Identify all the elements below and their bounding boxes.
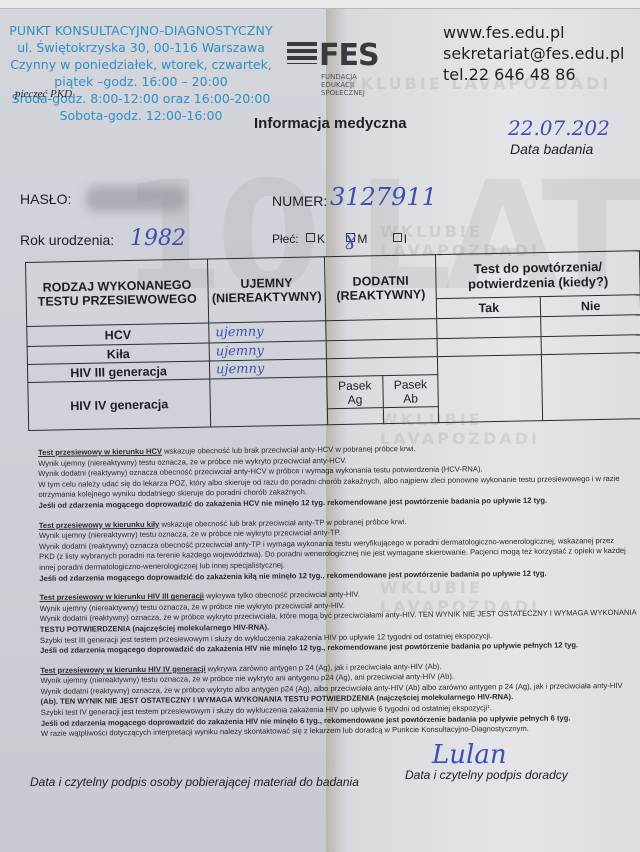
row-negative-value <box>210 377 328 427</box>
fes-logo-subtitle: SPOŁECZNEJ <box>321 89 379 97</box>
website-link[interactable]: www.fes.edu.pl <box>443 22 624 43</box>
results-table: RODZAJ WYKONANEGO TESTU PRZESIEWOWEGO UJ… <box>25 250 640 431</box>
note-hcv: Test przesiewowy w kierunku HCV wskazuje… <box>38 442 639 512</box>
header-negative: UJEMNY (NIEREAKTYWNY) <box>207 257 325 323</box>
checkbox-i[interactable] <box>393 233 402 242</box>
header-repeat-yes: Tak <box>437 297 541 319</box>
row-negative-value: ujemny <box>209 341 326 361</box>
row-positive-cell <box>326 357 438 377</box>
header-positive: DODATNI (REAKTYWNY) <box>324 255 437 321</box>
note-heading: Test przesiewowy w kierunku kiły <box>39 519 160 529</box>
birth-year-value: 1982 <box>130 226 186 251</box>
row-negative-value: ujemny <box>209 321 326 343</box>
row-negative-value: ujemny <box>209 359 326 379</box>
fes-logo: FES FUNDACJA EDUKACJI SPOŁECZNEJ <box>287 38 379 97</box>
fes-logo-subtitle: FUNDACJA <box>321 73 379 81</box>
note-heading: Test przesiewowy w kierunku HCV <box>38 447 162 457</box>
sex-option-k: K <box>317 232 325 246</box>
fes-logo-subtitle: EDUKACJI <box>321 81 379 89</box>
note-line: wykrywa zarówno antygen p 24 (Ag), jak i… <box>206 661 442 672</box>
counselor-signature: Lulan <box>432 740 507 770</box>
row-no-cell <box>541 315 640 337</box>
stamp-line: Czynny w poniedziałek, wtorek, czwartek, <box>0 56 282 73</box>
interpretation-notes: Test przesiewowy w kierunku HCV wskazuje… <box>38 442 640 749</box>
row-positive-cell <box>326 319 438 341</box>
row-no-cell <box>542 353 640 421</box>
top-edge-strip <box>0 0 640 9</box>
strip-ab-cell <box>383 407 439 424</box>
note-heading: Test przesiewowy w kierunku HIV IV gener… <box>40 664 205 675</box>
email-link[interactable]: sekretariat@fes.edu.pl <box>443 43 624 64</box>
counselor-signature-label: Data i czytelny podpis doradcy <box>405 768 568 782</box>
stamp-line: Sobota-godz. 12:00-16:00 <box>0 107 282 124</box>
row-test-name: HIV IV generacja <box>28 379 211 430</box>
note-heading: Test przesiewowy w kierunku HIV III gene… <box>40 591 205 602</box>
note-line: wskazuje obecność lub brak przeciwciał a… <box>162 444 416 456</box>
row-yes-cell <box>437 317 541 339</box>
stamp-line: ul. Świętokrzyska 30, 00-116 Warszawa <box>0 39 282 56</box>
birth-year-label: Rok urodzenia: <box>20 232 114 248</box>
header-repeat: Test do powtórzenia/ potwierdzenia (kied… <box>436 251 640 299</box>
sex-option-i: I <box>404 232 407 246</box>
stamp-line: PUNKT KONSULTACYJNO-DIAGNOSTYCZNY <box>0 22 282 39</box>
stamp-label: pieczęć PKD <box>15 88 72 100</box>
note-syphilis: Test przesiewowy w kierunku kiły wskazuj… <box>39 514 640 584</box>
row-yes-cell <box>438 355 543 423</box>
strip-ag-header: Pasek Ag <box>327 376 383 409</box>
sex-field: Płeć: K M I <box>272 232 407 246</box>
sex-option-m: M <box>357 232 367 246</box>
number-value: 3127911 <box>330 183 437 211</box>
number-label: NUMER: <box>272 193 327 209</box>
row-yes-cell <box>437 337 541 357</box>
contact-block: www.fes.edu.pl sekretariat@fes.edu.pl te… <box>443 22 624 85</box>
password-redacted <box>86 186 186 212</box>
note-hiv3: Test przesiewowy w kierunku HIV III gene… <box>40 587 640 657</box>
checkbox-k[interactable] <box>306 233 315 242</box>
note-hiv4: Test przesiewowy w kierunku HIV IV gener… <box>40 659 640 739</box>
checkmark-x-icon: ɣ <box>344 226 356 250</box>
password-label: HASŁO: <box>20 191 71 207</box>
phone-number[interactable]: tel.22 646 48 86 <box>443 64 624 85</box>
note-line: wykrywa tylko obecność przeciwciał anty-… <box>204 590 360 601</box>
exam-date-label: Data badania <box>510 141 593 157</box>
header-test-type: RODZAJ WYKONANEGO TESTU PRZESIEWOWEGO <box>26 259 209 326</box>
collector-signature-label: Data i czytelny podpis osoby pobierające… <box>30 775 359 789</box>
exam-date-value: 22.07.202 <box>508 116 610 140</box>
strip-ag-cell <box>327 408 383 425</box>
document-title: Informacja medyczna <box>254 115 407 132</box>
sex-label: Płeć: <box>272 232 299 246</box>
header-repeat-no: Nie <box>541 295 640 317</box>
strip-ab-header: Pasek Ab <box>382 375 438 408</box>
row-positive-cell <box>326 339 438 359</box>
pkd-stamp: PUNKT KONSULTACYJNO-DIAGNOSTYCZNY ul. Św… <box>0 22 282 124</box>
fes-logo-mark: FES <box>319 38 379 73</box>
fes-logo-icon <box>287 42 317 64</box>
note-line: wskazuje obecność lub brak przeciwciał a… <box>159 517 406 529</box>
row-no-cell <box>541 335 640 355</box>
